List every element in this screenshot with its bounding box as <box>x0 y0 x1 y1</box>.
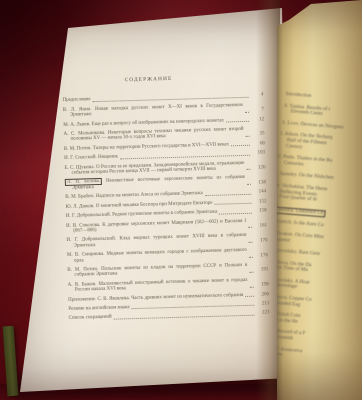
toc-row: В. М. Потин. Польские монеты из кладов н… <box>67 262 268 278</box>
contents-line-en: Eleventh Centu <box>290 110 362 126</box>
toc-title: СОДЕРЖАНИЕ <box>48 75 249 86</box>
dot-leader <box>249 242 253 243</box>
toc-entry-text: М. В. Смирнова. Медные монеты немецких г… <box>67 248 247 264</box>
toc-row: В. М. Брабич. Надписи на монетах Азеса и… <box>65 190 266 201</box>
contents-line-en: Century <box>286 144 362 160</box>
dot-leader <box>205 193 251 195</box>
dot-leader <box>93 97 249 102</box>
toc-entry-text: И. Г. Добровольский. Клад медных турецки… <box>66 233 246 249</box>
toc-entry-text: И. Г. Спасский. Нищенок <box>64 155 118 162</box>
dot-leader <box>120 154 250 159</box>
contents-line-en: L. Belova. Unknown Co <box>270 206 326 218</box>
contents-entry-en: S. Yanina. Results of tEleventh Centu <box>283 104 362 126</box>
contents-line-en: First Quarter of th <box>279 195 362 211</box>
toc-entry-text: Приложение. С. В. Яковлева. Часть древни… <box>68 293 243 303</box>
toc-entry-text: Л. Н. Белова. Неизвестные восточные херс… <box>65 175 245 191</box>
dot-leader <box>114 314 255 319</box>
toc-entry-text: И. В. Соколова. К датировке херсонских м… <box>66 218 246 234</box>
toc-entry-text: Е. С. Щукина. О России за ее пределами. … <box>64 161 244 177</box>
contents-line-en: Reflecting Events <box>279 189 362 205</box>
contents-entry-en: L. Belova. Unknown Co <box>270 206 362 225</box>
dot-leader <box>245 296 254 297</box>
dot-leader <box>249 257 253 258</box>
dot-leader <box>247 184 251 185</box>
dot-leader <box>215 203 252 205</box>
contents-line-en: I. Dobrovolsky. Rare Geor <box>265 248 362 265</box>
toc-row: Е. С. Щукина. О России за ее пределами. … <box>64 160 265 176</box>
pen-boxed-author: Л. Н. Белова. <box>65 178 102 186</box>
contents-line-en: S. Yanina. Results of t <box>284 104 362 121</box>
dot-leader <box>245 111 249 112</box>
toc-entry-text: В. М. Потин. Талеры на территории Русско… <box>64 142 229 152</box>
contents-line-en: I. Sokolova. On the Da <box>263 259 362 276</box>
contents-entry-en: S. Lvov. Devices on Novgoro <box>282 121 362 138</box>
contents-entry-en: V. Potin. Thalers in the RuCenturies <box>276 155 362 177</box>
contents-entry-en: I. Dobrovolsky. Rare Geor <box>265 248 362 265</box>
contents-line-en: Two-headed Eag <box>265 300 362 316</box>
contents-line-en: Poland in the He <box>263 317 362 333</box>
toc-row: А. С. Мельникова. Некоторые вопросы техн… <box>63 126 264 142</box>
contents-line-en: Ye. Shchukina. The Herm <box>273 183 362 200</box>
dot-leader <box>219 212 252 214</box>
toc-entry-text: Список сокращений <box>69 315 112 322</box>
contents-entry-en: V. Brabich. Is the Azes Co <box>268 219 362 236</box>
right-page-edge: IntroductionS. Yanina. Results of tEleve… <box>277 0 362 400</box>
toc-row: Приложение. С. В. Яковлева. Часть древни… <box>68 292 269 303</box>
toc-entry-text: Предисловие <box>63 98 91 104</box>
contents-entry-en: I. Spassky. On the Nishchen <box>275 172 362 189</box>
contents-line-en: Half of the Fifteent <box>286 138 362 154</box>
contents-line-en: I. Adson. On the Techniq <box>280 132 362 149</box>
green-cover-edge <box>3 326 19 397</box>
toc-entry-text: В. М. Потин. Польские монеты из кладов н… <box>67 263 247 279</box>
contents-entry-en: I. Sokolova. On the Daof the Time of Ma <box>262 259 362 281</box>
table-of-contents: СОДЕРЖАНИЕ Предисловие4В. Л. Янин. Новая… <box>62 74 270 325</box>
toc-row: Предисловие4 <box>63 93 264 104</box>
contents-line-en: Yu. Dyukov. On Coin Mint <box>267 231 362 248</box>
toc-row: И. Г. Спасский. Нищенок103 <box>64 151 265 162</box>
toc-row: Список сокращений223 <box>69 311 270 322</box>
toc-entry-text: А. С. Мельникова. Некоторые вопросы техн… <box>63 127 243 143</box>
toc-entry-text: В. М. Брабич. Надписи на монетах Азеса и… <box>65 191 203 200</box>
toc-row: И. Г. Добровольский. Редкие грузинские м… <box>66 208 267 219</box>
contents-entry-en: Yu. Dyukov. On Coin MintEupator <box>266 231 362 253</box>
dot-leader <box>250 286 254 287</box>
toc-entry-text: В. Л. Янин. Новая находка русских монет … <box>63 103 243 119</box>
dot-leader <box>249 271 253 272</box>
toc-row: Ю. Л. Дюков. О монетной чеканке Боспора … <box>65 199 266 210</box>
left-page: СОДЕРЖАНИЕ Предисловие4В. Л. Янин. Новая… <box>0 0 300 400</box>
toc-row: В. М. Потин. Талеры на территории Русско… <box>64 141 265 152</box>
dot-leader <box>248 227 252 228</box>
toc-entry-text: Резюме на английском языке <box>68 305 129 312</box>
toc-row: М. В. Смирнова. Медные монеты немецких г… <box>67 247 268 263</box>
dot-leader <box>132 305 255 309</box>
contents-line-en: V. Brabich. Is the Azes Co <box>268 219 362 236</box>
page-gutter-shadow <box>256 0 280 400</box>
contents-line-en: Centuries <box>283 161 362 177</box>
toc-row: М. А. Львов. Еще раз к вопросу об изобра… <box>63 117 264 128</box>
contents-line-en: Introduction <box>285 92 362 109</box>
toc-entry-text: И. Г. Добровольский. Редкие грузинские м… <box>66 210 218 220</box>
contents-line-en: S. Lvov. Devices on Novgoro <box>282 121 362 138</box>
book-photo-scene: СОДЕРЖАНИЕ Предисловие4В. Л. Янин. Новая… <box>0 0 362 400</box>
dot-leader <box>226 121 249 123</box>
toc-row: В. Л. Янин. Новая находка русских монет … <box>63 102 264 118</box>
contents-entry-en: I. Adson. On the TechniqHalf of the Fift… <box>279 132 362 160</box>
contents-entry-en: Introduction <box>285 92 362 109</box>
toc-entry-text: А. В. Быков. Малоизвестный иностранный и… <box>68 278 248 294</box>
toc-entry-text: М. А. Львов. Еще раз к вопросу об изобра… <box>63 118 224 128</box>
toc-row: А. В. Быков. Малоизвестный иностранный и… <box>68 277 269 293</box>
dot-leader <box>247 169 251 170</box>
toc-row: И. Г. Добровольский. Клад медных турецки… <box>66 233 267 249</box>
contents-line-en: V. Potin. Thalers in the Ru <box>277 155 362 172</box>
contents-line-en: the Hermitage <box>267 283 362 299</box>
toc-entry-text: Ю. Л. Дюков. О монетной чеканке Боспора … <box>65 201 212 211</box>
dot-leader <box>231 145 250 147</box>
toc-row: Резюме на английском языке213 <box>68 301 269 312</box>
toc-row: Л. Н. Белова. Неизвестные восточные херс… <box>65 175 266 191</box>
contents-line-en: Eupator <box>273 237 362 253</box>
toc-entries: Предисловие4В. Л. Янин. Новая находка ру… <box>63 93 270 322</box>
toc-row: И. В. Соколова. К датировке херсонских м… <box>66 218 267 234</box>
contents-line-en: of the Time of Ma <box>269 266 362 282</box>
contents-entry-en: Ye. Shchukina. The HermReflecting Events… <box>272 183 362 211</box>
contents-line-en: I. Spassky. On the Nishchen <box>275 172 362 189</box>
dot-leader <box>246 136 250 137</box>
